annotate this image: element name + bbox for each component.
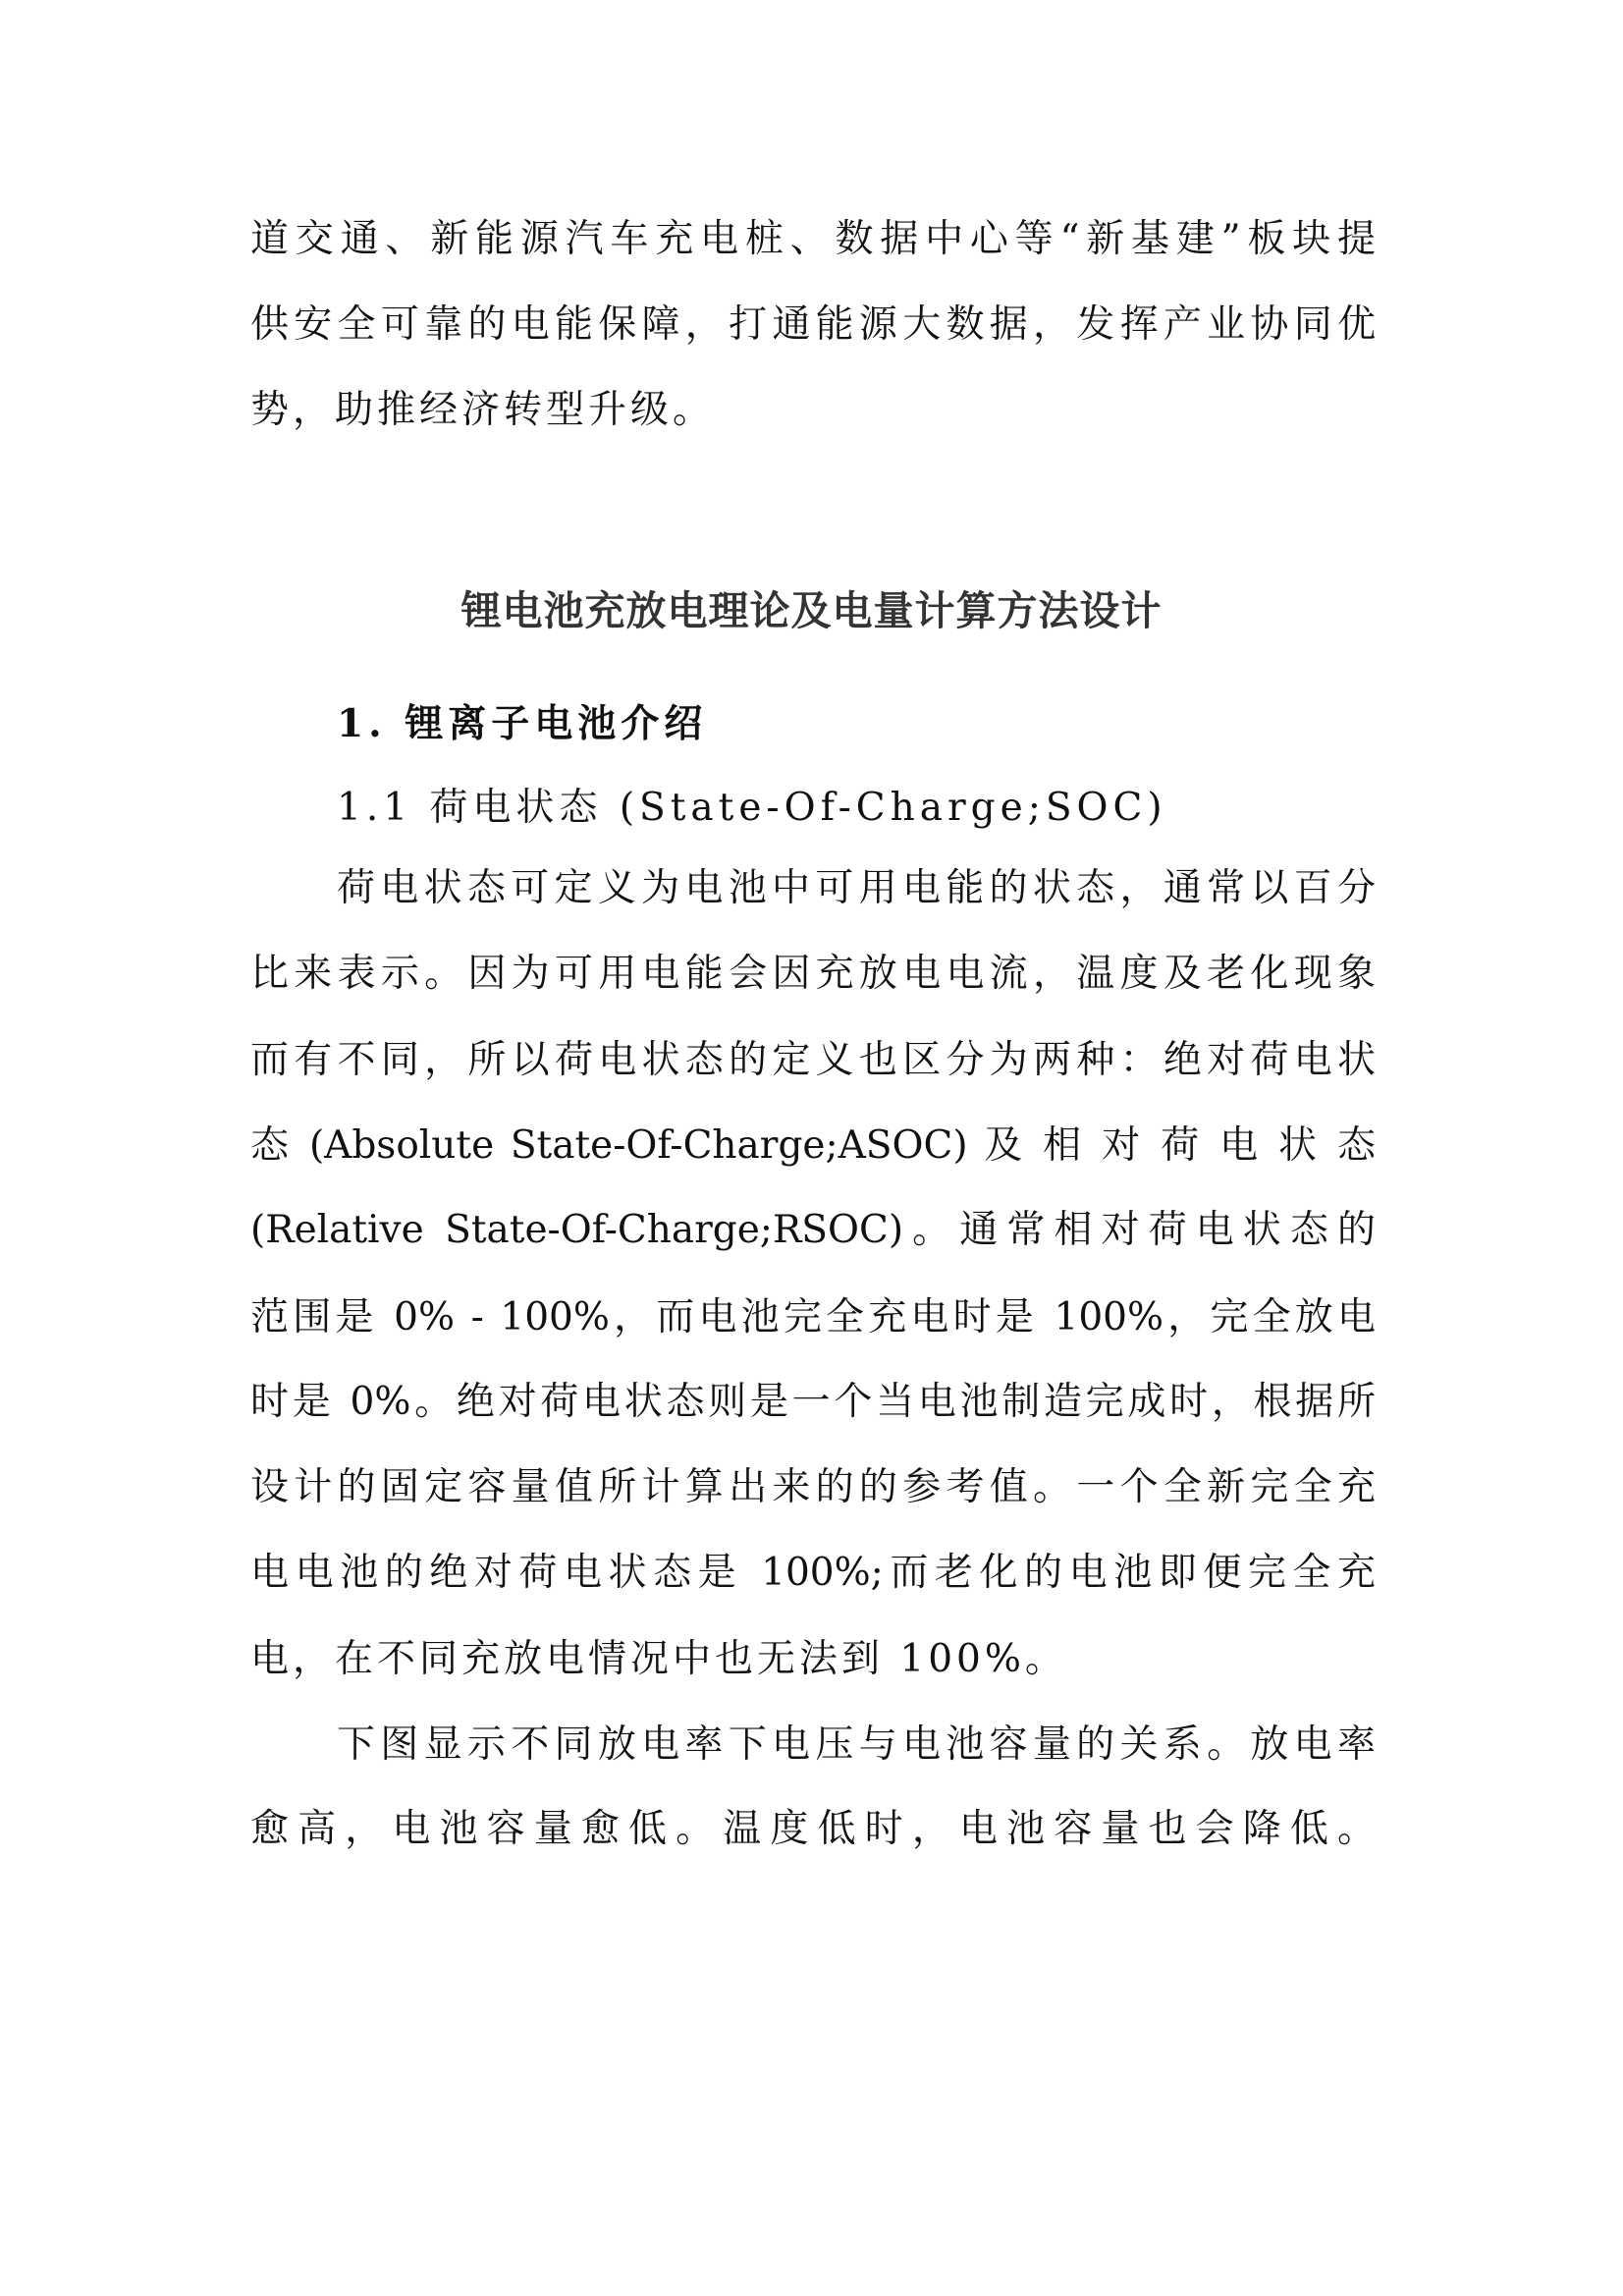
intro-paragraph-line-2: 供安全可靠的电能保障，打通能源大数据，发挥产业协同优: [250, 296, 1376, 355]
discharge-paragraph-line-1: 下图显示不同放电率下电压与电池容量的关系。放电率: [337, 1716, 1376, 1775]
document-title: 锂电池充放电理论及电量计算方法设计: [0, 581, 1623, 640]
soc-paragraph-line-3: 而有不同，所以荷电状态的定义也区分为两种：绝对荷电状: [250, 1031, 1376, 1090]
document-page: 道交通、新能源汽车充电桩、数据中心等“新基建”板块提 供安全可靠的电能保障，打通…: [0, 0, 1623, 2296]
soc-paragraph-line-2: 比来表示。因为可用电能会因充放电电流，温度及老化现象: [250, 945, 1376, 1004]
soc-paragraph-line-1: 荷电状态可定义为电池中可用电能的状态，通常以百分: [337, 859, 1376, 918]
discharge-paragraph-line-2: 愈高，电池容量愈低。温度低时，电池容量也会降低。: [250, 1800, 1376, 1859]
soc-paragraph-line-9: 电电池的绝对荷电状态是 100%;而老化的电池即便完全充: [250, 1544, 1376, 1603]
soc-paragraph-line-7: 时是 0%。绝对荷电状态则是一个当电池制造完成时，根据所: [250, 1373, 1376, 1432]
section-heading: 1. 锂离子电池介绍: [337, 694, 707, 753]
soc-paragraph-line-4: 态 (Absolute State-Of-Charge;ASOC) 及 相 对 …: [250, 1117, 1376, 1175]
intro-paragraph-line-1: 道交通、新能源汽车充电桩、数据中心等“新基建”板块提: [250, 210, 1376, 269]
intro-paragraph-line-3: 势，助推经济转型升级。: [250, 381, 1376, 440]
soc-paragraph-line-10: 电，在不同充放电情况中也无法到 100%。: [250, 1630, 1376, 1689]
subsection-heading: 1.1 荷电状态 (State-Of-Charge;SOC): [337, 779, 1167, 838]
soc-paragraph-line-8: 设计的固定容量值所计算出来的的参考值。一个全新完全充: [250, 1458, 1376, 1517]
soc-paragraph-line-5: (Relative State-Of-Charge;RSOC)。通常相对荷电状态…: [250, 1201, 1376, 1260]
soc-paragraph-line-6: 范围是 0% - 100%，而电池完全充电时是 100%，完全放电: [250, 1288, 1376, 1347]
